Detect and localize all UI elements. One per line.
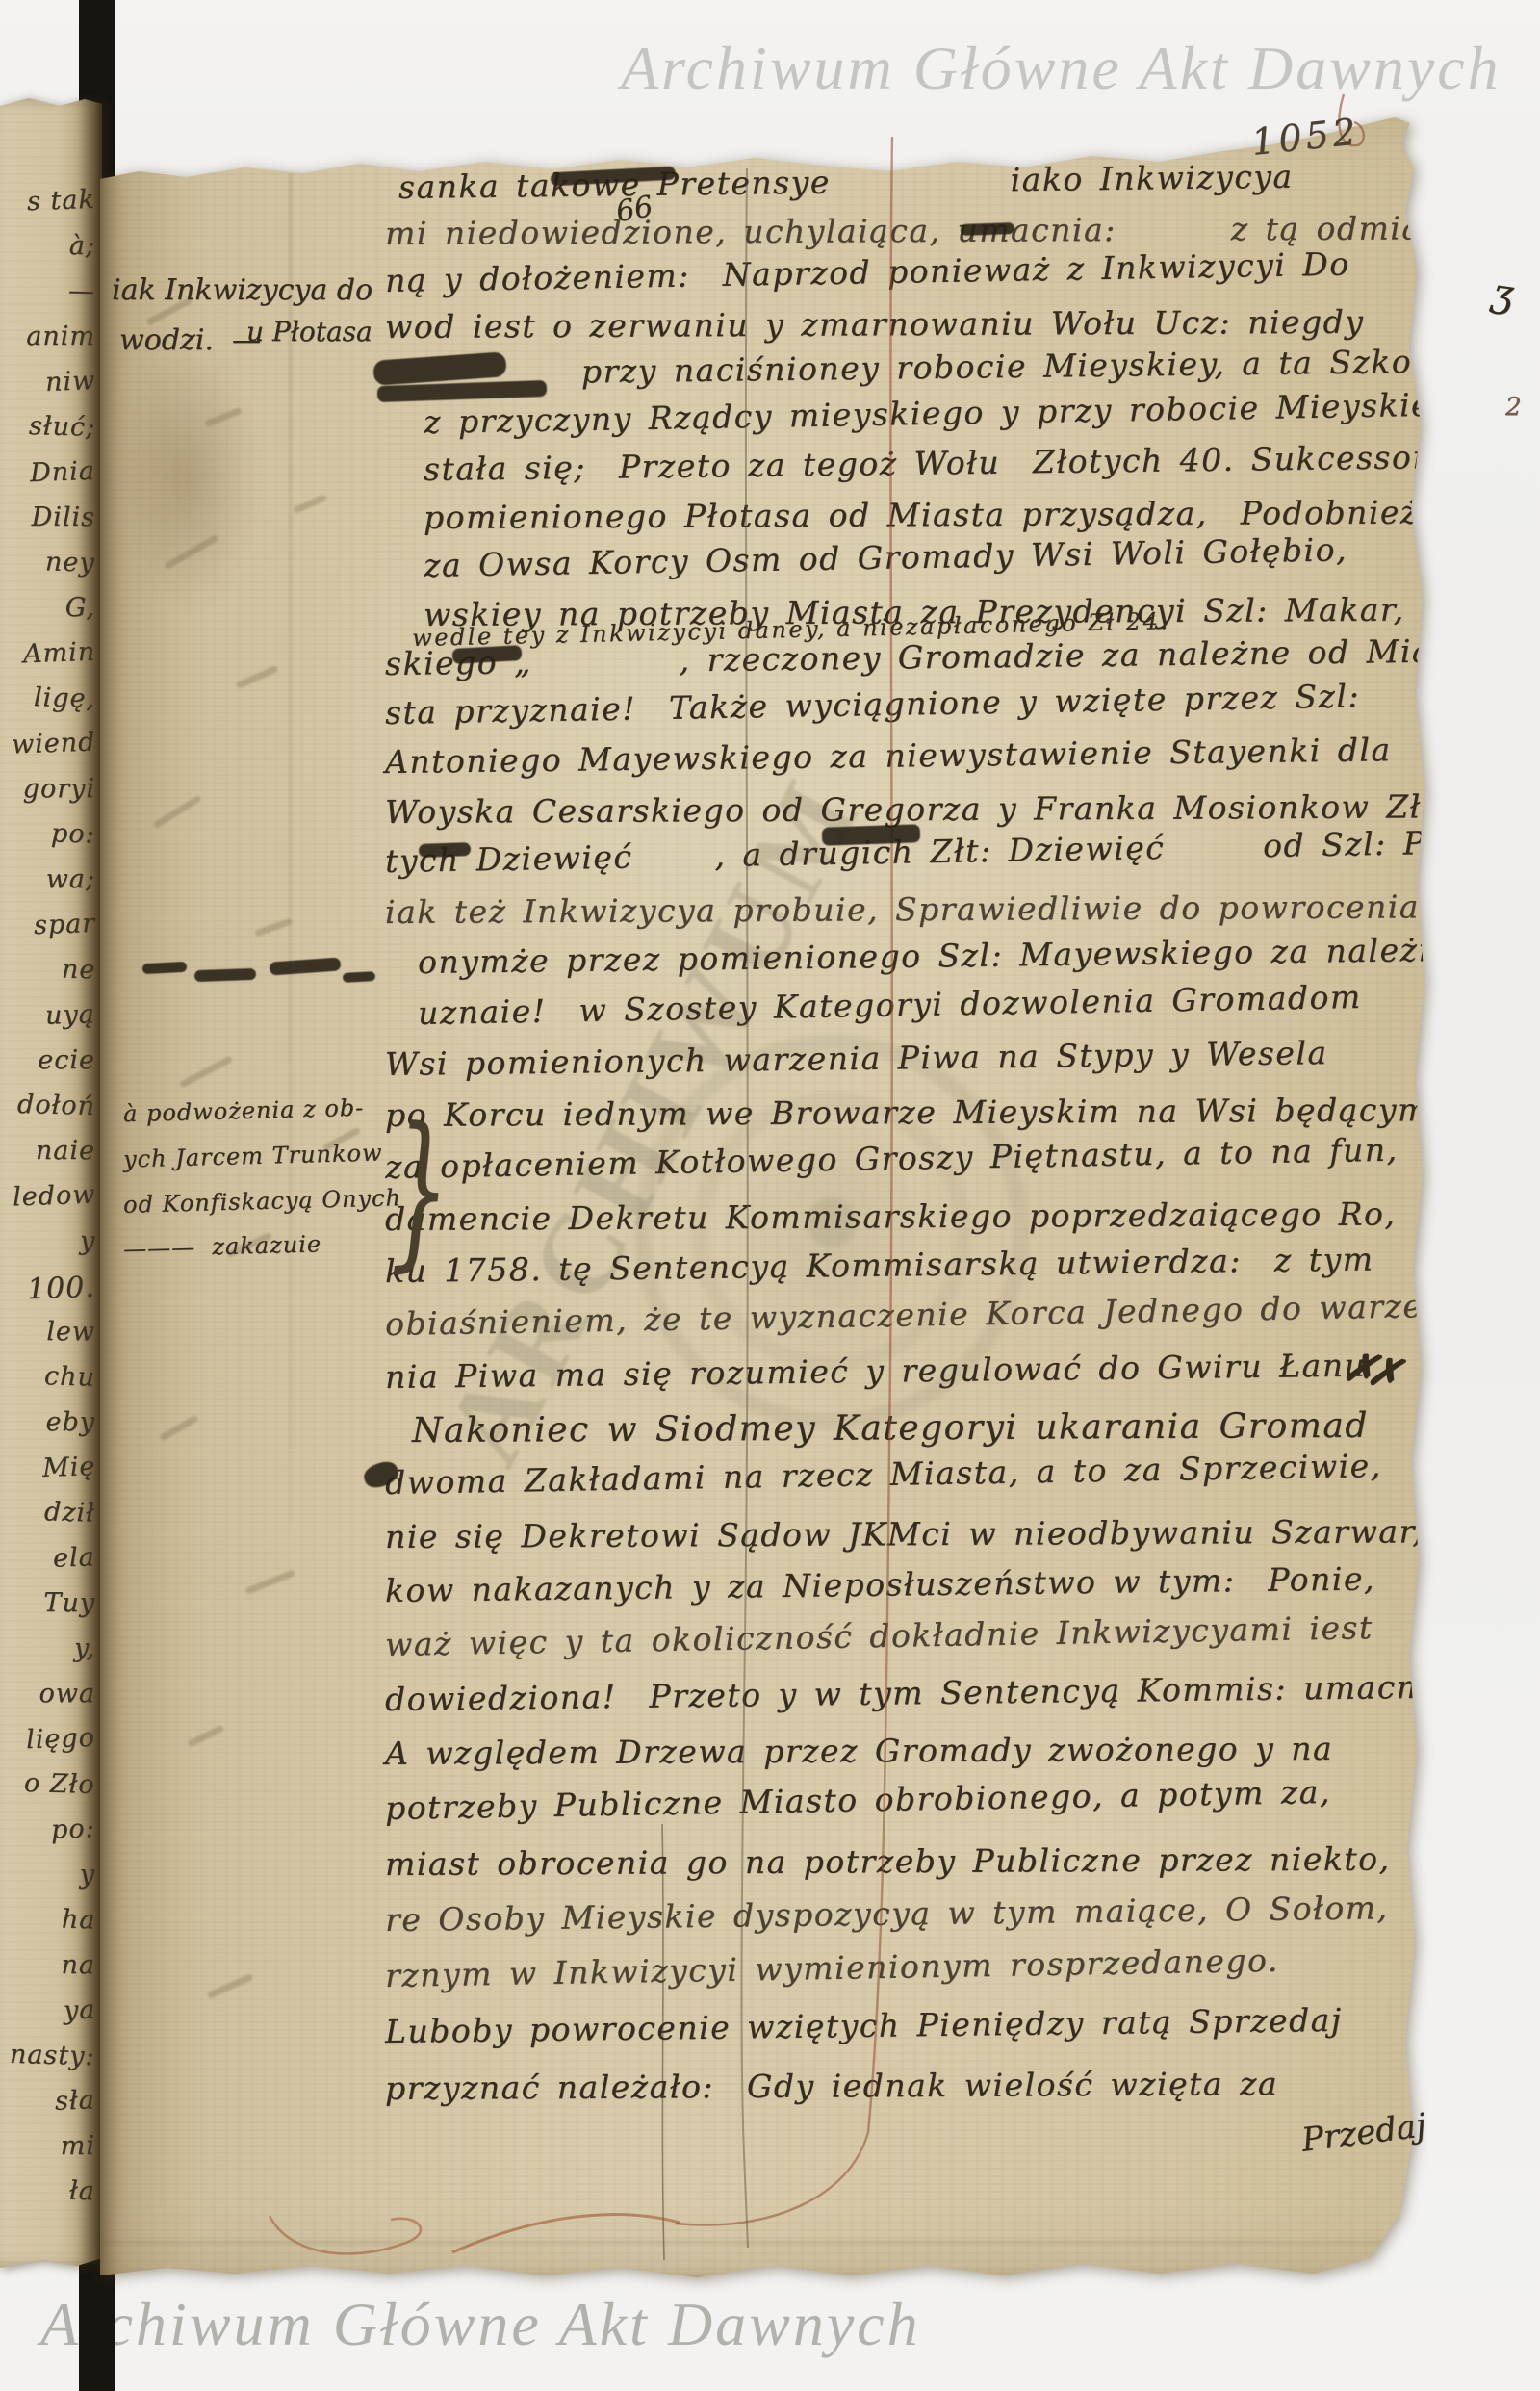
- paper-smudge: [114, 337, 258, 616]
- text-line: Luboby powrocenie wziętych Pieniędzy rat…: [385, 2001, 1343, 2050]
- fragment-line: y: [80, 1860, 95, 1890]
- fragment-line: ney: [45, 547, 95, 578]
- fragment-line: niw: [44, 366, 95, 398]
- text-line: A względem Drzewa przez Gromady zwożoneg…: [385, 1730, 1333, 1772]
- fragment-line: ne: [61, 955, 95, 986]
- text-line: Wsi pomienionych warzenia Piwa na Stypy …: [385, 1034, 1328, 1083]
- fragment-line: wa;: [46, 864, 95, 894]
- text-line: rznym w Inkwizycyi wymienionym rosprzeda…: [385, 1941, 1279, 1993]
- fragment-line: Amin: [22, 637, 95, 670]
- margin-note: iak Inkwizycya do: [112, 273, 372, 307]
- fragment-line: sła: [55, 2085, 96, 2116]
- fragment-line: po:: [51, 1813, 96, 1845]
- ink-blot: [822, 824, 921, 846]
- fragment-line: nasty:: [10, 2040, 95, 2071]
- fragment-line: lew: [46, 1317, 95, 1347]
- cross-mark: ✗✗: [1340, 1342, 1396, 1397]
- bleed-mark: [245, 1569, 296, 1595]
- text-line: obiaśnieniem, że te wyznaczenie Korca Je…: [385, 1287, 1435, 1343]
- text-line: za Owsa Korcy Osm od Gromady Wsi Woli Go…: [423, 531, 1348, 585]
- fragment-line: naie: [36, 1136, 95, 1166]
- bleed-mark: [152, 795, 201, 830]
- margin-brace: }: [391, 1093, 449, 1288]
- bleed-mark: [254, 917, 293, 937]
- text-line: onymże przez pomienionego Szl: Mayewskie…: [418, 931, 1461, 981]
- margin-note-line: od Konfiskacyą Onych: [123, 1184, 402, 1219]
- fragment-line: dołoń: [17, 1090, 96, 1121]
- watermark-bottom: Archiwum Główne Akt Dawnych: [40, 2289, 921, 2360]
- text-line: nia Piwa ma się rozumieć y regulować do …: [385, 1346, 1367, 1395]
- bleed-mark: [179, 1055, 233, 1088]
- fragment-line: o Zło: [24, 1768, 95, 1800]
- text-line: Antoniego Mayewskiego za niewystawienie …: [385, 731, 1392, 781]
- bleed-mark: [293, 494, 327, 514]
- manuscript-text: sanka takowe Pretensye iako Inkwizycyami…: [385, 96, 1521, 2277]
- text-line: ku 1758. tę Sentencyą Kommisarską utwier…: [385, 1241, 1374, 1291]
- document-scan: Archiwum Główne Akt Dawnych Archiwum Głó…: [0, 0, 1540, 2391]
- ink-blot: [961, 222, 1014, 236]
- fragment-line: Tuy: [43, 1588, 95, 1618]
- fragment-line: po:: [51, 818, 95, 849]
- fragment-line: dził: [44, 1497, 96, 1528]
- text-line: waż więc y ta okoliczność dokładnie Inkw…: [385, 1608, 1373, 1663]
- paper-crease: [289, 173, 293, 1521]
- fragment-line: na: [62, 1950, 96, 1980]
- ink-blot: [343, 971, 375, 983]
- watermark-top: Archiwum Główne Akt Dawnych: [621, 33, 1501, 104]
- edge-mark: 2: [1505, 393, 1522, 422]
- bleed-mark: [187, 1725, 224, 1748]
- margin-note: wodzi. —: [119, 323, 261, 357]
- fragment-line: Dnia: [30, 456, 96, 488]
- margin-note: à podwożenia z ob-ych Jarcem Trunkowod K…: [123, 1097, 412, 1290]
- text-line: przyznać należało: Gdy iednak wielość wz…: [385, 2065, 1278, 2107]
- previous-page-text: s takà;—animniwsłuć;DniaDilisneyG,Aminli…: [0, 94, 102, 2272]
- text-line: kow nakazanych y za Nieposłuszeństwo w t…: [385, 1559, 1375, 1609]
- fragment-line: spar: [33, 909, 95, 940]
- text-line: re Osoby Mieyskie dyspozycyą w tym maiąc…: [385, 1889, 1389, 1939]
- bleed-mark: [207, 1973, 254, 1999]
- fragment-line: uyą: [45, 999, 96, 1031]
- text-line: stała się; Przeto za tegoż Wołu Złotych …: [423, 438, 1481, 488]
- fragment-line: y: [79, 1226, 95, 1256]
- fragment-line: anim: [26, 321, 95, 351]
- fragment-line: à;: [69, 231, 95, 261]
- fragment-line: owa: [39, 1679, 95, 1709]
- fragment-line: 100.: [27, 1271, 96, 1306]
- fragment-line: ela: [53, 1542, 96, 1574]
- fragment-line: ha: [61, 1905, 95, 1936]
- fragment-line: chu: [44, 1361, 96, 1392]
- text-line: dwoma Zakładami na rzecz Miasta, a to za…: [385, 1447, 1382, 1502]
- fragment-line: ecie: [38, 1045, 95, 1075]
- fragment-line: —: [68, 276, 96, 307]
- margin-note-line: ych Jarcem Trunkow: [123, 1139, 383, 1172]
- text-line: nie się Dekretowi Sądow JKMci w nieodbyw…: [385, 1512, 1424, 1555]
- margin-note-line: ——— zakazuie: [123, 1230, 322, 1262]
- fragment-line: goryi: [23, 774, 95, 804]
- ink-blot: [419, 842, 471, 858]
- fragment-line: lięgo: [26, 1723, 96, 1755]
- interlinear-insertion: 66: [613, 190, 655, 229]
- text-line: damencie Dekretu Kommisarskiego poprzedz…: [385, 1195, 1396, 1237]
- interlinear-insertion: u Płotasa: [246, 316, 372, 347]
- text-line: potrzeby Publiczne Miasto obrobionego, a…: [385, 1773, 1331, 1827]
- text-line: ną y dołożeniem: Naprzod ponieważ z Inkw…: [385, 244, 1350, 298]
- ink-blot: [194, 968, 256, 982]
- fragment-line: s tak: [27, 185, 96, 217]
- previous-page-edge: s takà;—animniwsłuć;DniaDilisneyG,Aminli…: [0, 94, 102, 2272]
- fragment-line: ła: [69, 2176, 96, 2207]
- fragment-line: mi: [61, 2131, 95, 2161]
- fragment-line: G,: [65, 593, 95, 623]
- text-line: iak też Inkwizycya probuie, Sprawiedliwi…: [385, 887, 1420, 931]
- bleed-mark: [236, 665, 279, 689]
- text-line: dowiedziona! Przeto y w tym Sentencyą Ko…: [385, 1667, 1462, 1718]
- fragment-line: eby: [45, 1407, 95, 1437]
- fragment-line: wiend: [11, 727, 95, 759]
- bleed-mark: [159, 1414, 199, 1441]
- previous-page-wrapper: s takà;—animniwsłuć;DniaDilisneyG,Aminli…: [0, 94, 102, 2272]
- fragment-line: ledow: [12, 1180, 95, 1213]
- fragment-line: ligę,: [33, 682, 95, 714]
- fragment-line: Mię: [41, 1452, 95, 1483]
- text-line: za opłaceniem Kotłowego Groszy Piętnastu…: [385, 1131, 1399, 1186]
- fragment-line: y,: [73, 1633, 95, 1664]
- text-line: sta przyznaie! Także wyciągnione y wzięt…: [385, 677, 1361, 732]
- text-line: tych Dziewięć , a drugich Złt: Dziewięć …: [385, 821, 1540, 880]
- text-line: uznaie! w Szostey Kategoryi dozwolenia G…: [418, 978, 1362, 1032]
- text-line: wod iest o zerwaniu y zmarnowaniu Wołu U…: [385, 303, 1365, 346]
- fragment-line: ya: [63, 1994, 95, 2025]
- text-line: sanka takowe Pretensye iako Inkwizycya: [398, 158, 1294, 206]
- margin-note-line: à podwożenia z ob-: [123, 1094, 365, 1128]
- text-line: po Korcu iednym we Browarze Mieyskim na …: [385, 1092, 1441, 1135]
- text-line: pomienionego Płotasa od Miasta przysądza…: [423, 494, 1419, 536]
- text-line: z przyczyny Rządcy mieyskiego y przy rob…: [423, 385, 1451, 441]
- text-line: miast obrocenia go na potrzeby Publiczne…: [385, 1839, 1391, 1882]
- fragment-line: słuć;: [28, 411, 95, 443]
- text-line: Nakoniec w Siodmey Kategoryi ukarania Gr…: [412, 1405, 1369, 1450]
- fragment-line: Dilis: [32, 502, 95, 532]
